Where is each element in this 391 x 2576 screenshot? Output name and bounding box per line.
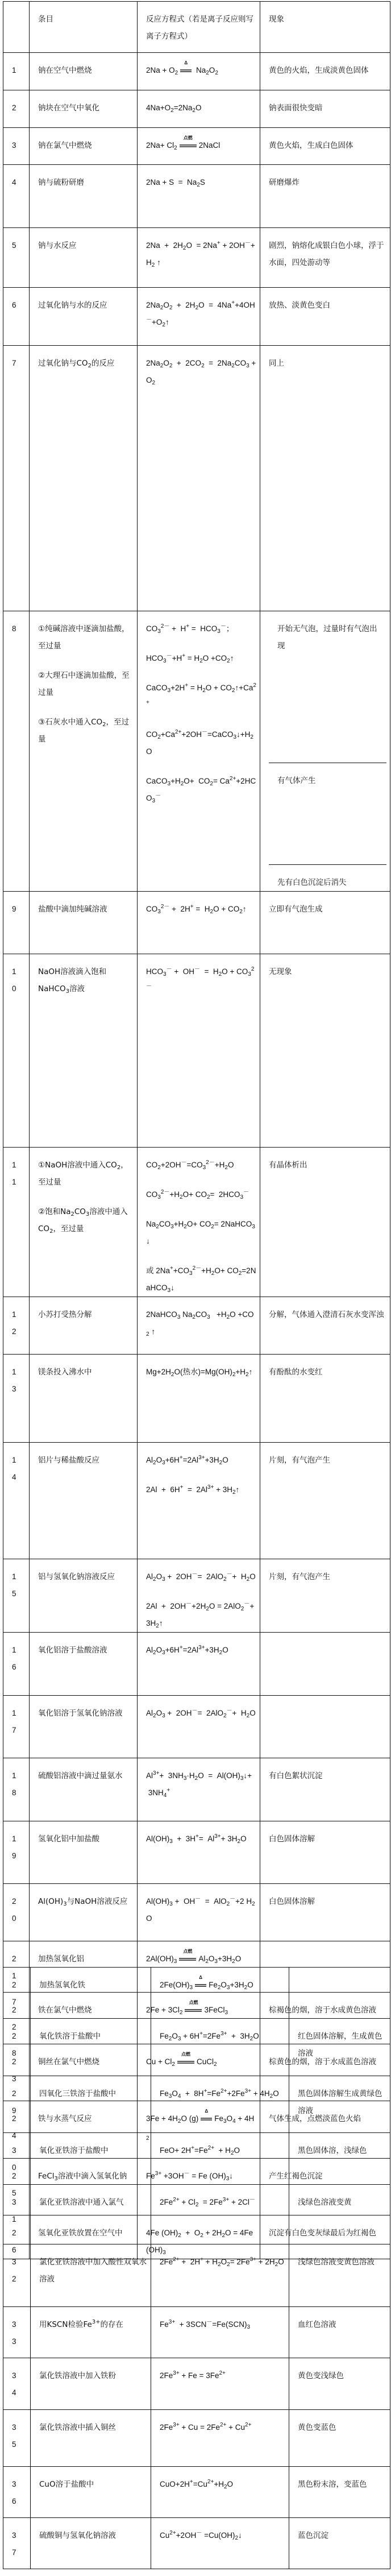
reaction-equation-line: 2Na + S = Na2S [146,174,256,191]
row-number: 30 [3,2133,31,2185]
row-number-text: 11 [12,1148,29,1191]
reaction-item: ①纯碱溶液中逐滴加盐酸，至过量②大理石中逐滴加盐酸，至过量③石灰水中通入CO2，… [30,611,138,892]
reaction-item-line: CuO溶于盐酸中 [39,2476,147,2493]
reaction-item: 过氧化钠与CO2的反应 [30,346,138,611]
reaction-equation: 2Na + S = Na2S [138,165,260,228]
reaction-equation-content: 2NaHCO3 Na2CO3 +H2O +CO2 ↑ [146,1297,256,1340]
reaction-equation: Al2O3 + 2OH－= 2AlO2－+ H2O2Al + 2OH－+2H2O… [138,1559,260,1633]
reaction-item: 氢氧化铝中加盐酸 [30,1821,138,1884]
reaction-equation-line: CuO+2H+=Cu2++H2O [160,2476,285,2493]
reaction-phenomenon: 白色固体溶解 [260,1884,390,1941]
row-number: 7 [3,346,30,611]
reaction-equation: 2Fe2+ + 2H+ + H2O2= 2Fe3+ + 2H2O [151,2244,289,2307]
row-number-text: 37 [12,2518,30,2561]
row-number-text: 30 [12,2133,30,2176]
reaction-phenomenon: 片刻，有气泡产生 [260,1559,390,1633]
reaction-phenomenon: 钠表面很快变暗 [260,90,390,128]
reaction-item-content: 氧化亚铁溶于盐酸中 [39,2133,147,2159]
reaction-phenomenon-text: 片刻，有气泡产生 [269,1559,386,1585]
row-number: 14 [3,1443,30,1559]
reaction-item: 钠块在空气中氧化 [30,90,138,128]
reaction-phenomenon [289,1968,390,2019]
row-number: 20 [3,1884,30,1941]
reaction-phenomenon-text [269,1633,386,1642]
reaction-phenomenon-text [269,1941,386,1950]
row-number-text: 34 [12,2358,30,2401]
reaction-equation-line: CO32－ + H+ = HCO3－； [146,620,256,637]
reaction-item-content: 钠与水反应 [38,228,134,254]
reaction-phenomenon: 黄色变蓝色 [289,2410,390,2467]
reaction-item: 氧化铝溶于盐酸溶液 [30,1633,138,1696]
reaction-item-line: 钠与水反应 [38,237,134,254]
reaction-row: 19氢氧化铝中加盐酸Al(OH)3 + 3H+= Al3++ 3H2O白色固体溶… [3,1821,390,1884]
reaction-equation: Al2O3+6H+=2Al3++3H2O [138,1633,260,1696]
reaction-phenomenon: 有酚酞的水变红 [260,1355,390,1443]
reaction-equation: CO2+2OH－=CO32－+H2OCO32－+H2O+ CO2= 2HCO3－… [138,1148,260,1297]
reaction-item-content: 盐酸中滴加纯碱溶液 [38,892,134,918]
reaction-item-content: 氯化亚铁溶液中通入氯气 [39,2185,147,2211]
reaction-equation-line: 2Al(OH)3点燃Al2O3+3H2O [146,1950,256,1968]
reaction-item-content: 硫酸铝溶液中滴过量氨水 [38,1758,134,1784]
reaction-item-content: Al(OH)3与NaOH溶液反应 [38,1884,134,1910]
header-item: 条目 [30,2,138,53]
reaction-row: 1钠在空气中燃烧2Na + O2Δ Na2O2黄色的火焰，生成淡黄色固体 [3,53,390,90]
reaction-item-content: 加热氢氧化铝 [38,1941,134,1968]
reaction-row: 12小苏打受热分解2NaHCO3 Na2CO3 +H2O +CO2 ↑分解，气体… [3,1297,390,1355]
row-number: 31 [3,2185,31,2244]
row-number: 6 [3,288,30,346]
reaction-item-line: NaOH溶液滴入饱和NaHCO3溶液 [38,963,134,997]
reaction-item: 氯化铁溶液中插入铜丝 [31,2410,151,2467]
reaction-item-content: 钠块在空气中氧化 [38,90,134,117]
reaction-phenomenon-text: 无现象 [269,954,386,980]
reaction-phenomenon-text: 黑色固体溶解生成黄绿色溶液 [298,2076,386,2119]
reaction-equation: 2Fe2+ + Cl2 = 2Fe3+ + 2Cl－ [151,2185,289,2244]
reaction-item-content: 铝与氢氧化钠溶液反应 [38,1559,134,1585]
reaction-row: 2钠块在空气中氧化4Na+O2=2Na2O钠表面很快变暗 [3,90,390,128]
reaction-equation-line: CO32－+H2O+ CO2= 2HCO3－ [146,1186,256,1203]
reactions-table-1: 条目 反应方程式（若是离子反应则写离子方程式） 现象 1钠在空气中燃烧2Na +… [3,1,390,2259]
reaction-phenomenon-text: 立即有气泡生成 [269,892,386,918]
row-number-text: 1 [12,53,29,79]
reaction-equation-content: 2Na + O2Δ Na2O2 [146,53,256,79]
reaction-item-line: 氧化亚铁溶于盐酸中 [39,2142,147,2159]
reaction-phenomenon: 浅绿色溶液变黄色溶液 [289,2244,390,2307]
reaction-phenomenon-text: 有酚酞的水变红 [269,1355,386,1381]
row-number-text: 2 [12,90,29,117]
reaction-equation-content: FeO+ 2H+=Fe2+ + H2O [160,2133,285,2159]
reaction-phenomenon: 开始无气泡，过量时有气泡出现有气体产生先有白色沉淀后消失 [260,611,390,892]
reaction-equation-line: 2Na2O2 + 2CO2 = 2Na2CO3 + O2 [146,355,256,389]
reaction-equation-content: 2Fe(OH)3ΔFe2O3+3H2O [160,1968,285,1994]
reaction-item-line: 氯化铁溶液中插入铜丝 [39,2419,147,2436]
reaction-phenomenon: 剧烈，钠熔化成银白色小球，浮于水面，四处游动等 [260,228,390,288]
reaction-phenomenon: 同上 [260,346,390,611]
reaction-row: 8①纯碱溶液中逐滴加盐酸，至过量②大理石中逐滴加盐酸，至过量③石灰水中通入CO2… [3,611,390,892]
reaction-item: 小苏打受热分解 [30,1297,138,1355]
reaction-phenomenon-text: 有白色絮状沉淀 [269,1758,386,1784]
reaction-row: 34氯化铁溶液中加入铁粉2Fe3+ + Fe = 3Fe2+黄色变浅绿色 [3,2358,390,2410]
reaction-phenomenon: 片刻，有气泡产生 [260,1443,390,1559]
reaction-equation-content: 4Na+O2=2Na2O [146,90,256,117]
row-number: 3 [3,128,30,165]
row-number-text: 35 [12,2410,30,2453]
reaction-phenomenon: 无现象 [260,954,390,1148]
reaction-row: 7过氧化钠与CO2的反应2Na2O2 + 2CO2 = 2Na2CO3 + O2… [3,346,390,611]
reaction-equation-content: 2Na+ Cl2点燃2NaCl [146,128,256,154]
reaction-equation-content: 2Fe3+ + Cu = 2Fe2+ + Cu2+ [160,2410,285,2436]
reaction-item-line: ①纯碱溶液中逐滴加盐酸，至过量 [38,620,134,655]
reaction-equation-line: Cu2++2OH－ =Cu(OH)2↓ [160,2527,285,2544]
row-number-text: 16 [12,1633,29,1676]
reaction-row: 6过氧化钠与水的反应2Na2O2 + 2H2O = 4Na++4OH－+O2↑放… [3,288,390,346]
reaction-phenomenon-text: 浅绿色溶液变黄 [298,2185,386,2211]
reaction-item-content: 硫酸铜与氢氧化钠溶液 [39,2518,147,2544]
reaction-row: 33用KSCN检验Fe3+的存在Fe3+ + 3SCN－=Fe(SCN)3血红色… [3,2307,390,2358]
reaction-phenomenon-text: 黄色火焰，生成白色固体 [269,128,386,154]
reaction-equation-content: 2Al(OH)3点燃Al2O3+3H2O [146,1941,256,1968]
reaction-row: 13镁条投入沸水中Mg+2H2O(热水)=Mg(OH)2+H2↑有酚酞的水变红 [3,1355,390,1443]
reaction-phenomenon-text: 浅绿色溶液变黄色溶液 [298,2244,386,2271]
reaction-item-content: 加热氢氧化铁 [39,1968,147,1994]
reaction-phenomenon: 黄色火焰，生成白色固体 [260,128,390,165]
reaction-item-content: 钠在空气中燃烧 [38,53,134,79]
reaction-equation: Cu2++2OH－ =Cu(OH)2↓ [151,2518,289,2569]
reaction-item-line: ②饱和Na2CO3溶液中通入CO2，至过量 [38,1203,134,1237]
row-number: 34 [3,2358,31,2410]
reaction-equation-line: Fe3O4 + 8H+=Fe2++2Fe3+ + 4H2O [160,2085,285,2102]
reaction-phenomenon-text: 黄色的火焰，生成淡黄色固体 [269,53,386,79]
reaction-equation-line: HCO3－ + OH－ = H2O + CO32－ [146,963,256,997]
row-number: 15 [3,1559,30,1633]
reaction-phenomenon: 蓝色沉淀 [289,2518,390,2569]
reaction-equation: Al2O3+6H+=2Al3++3H2O2Al + 6H+ = 2Al3+ + … [138,1443,260,1559]
reaction-equation-line: Fe2O3 + 6H+=2Fe3+ + 3H2O [160,2028,285,2045]
reaction-equation-content: Al2O3 + 2OH－= 2AlO2－+ H2O2Al + 2OH－+2H2O… [146,1559,256,1632]
reaction-item: 加热氢氧化铁 [31,1968,151,2019]
reaction-equation: CuO+2H+=Cu2++H2O [151,2467,289,2518]
row-number-text: 13 [12,1355,29,1398]
reaction-item: ①NaOH溶液中通入CO2，至过量②饱和Na2CO3溶液中通入CO2，至过量 [30,1148,138,1297]
row-number: 36 [3,2467,31,2518]
reaction-equation-line: Al2O3+6H+=2Al3++3H2O [146,1642,256,1659]
reaction-phenomenon: 白色固体溶解 [260,1821,390,1884]
reaction-equation-line: Mg+2H2O(热水)=Mg(OH)2+H2↑ [146,1364,256,1381]
reaction-equation-content: Fe2O3 + 6H+=2Fe3+ + 3H2O [160,2019,285,2045]
reaction-equation-line: FeO+ 2H+=Fe2+ + H2O [160,2142,285,2159]
row-number-text: 29 [12,2076,30,2119]
reaction-item-content: 氧化铝溶于氢氧化钠溶液 [38,1696,134,1722]
reaction-equation-line: 2Na+ Cl2点燃2NaCl [146,137,256,154]
reaction-equation-content: 2Na + 2H2O = 2Na+ + 2OH－+H2 ↑ [146,228,256,271]
reaction-phenomenon: 血红色溶液 [289,2307,390,2358]
reaction-equation: Al2O3 + 2OH－= 2AlO2－+ H2O [138,1696,260,1758]
reaction-phenomenon: 红色固体溶解，生成黄色溶液 [289,2019,390,2076]
reaction-row: 27加热氢氧化铁2Fe(OH)3ΔFe2O3+3H2O [3,1968,390,2019]
reaction-row: 29四氧化三铁溶于盐酸中Fe3O4 + 8H+=Fe2++2Fe3+ + 4H2… [3,2076,390,2133]
reaction-phenomenon-text: 分解，气体通入澄清石灰水变浑浊 [269,1297,386,1323]
reaction-row: 35氯化铁溶液中插入铜丝2Fe3+ + Cu = 2Fe2+ + Cu2+黄色变… [3,2410,390,2467]
row-number: 18 [3,1758,30,1821]
row-number: 19 [3,1821,30,1884]
reaction-equation: Mg+2H2O(热水)=Mg(OH)2+H2↑ [138,1355,260,1443]
reaction-phenomenon-text: 放热、淡黄色变白 [269,288,386,314]
reaction-row: 36CuO溶于盐酸中CuO+2H+=Cu2++H2O黑色粉末溶，变蓝色 [3,2467,390,2518]
reaction-equation-line: HCO3－+H+ = H2O +CO2↑ [146,650,256,667]
reaction-equation-line: CaCO3+H2O+ CO2= Ca2++2HCO3－ [146,773,256,807]
reaction-phenomenon-text: 黑色粉末溶，变蓝色 [298,2467,386,2493]
reaction-phenomenon-text: 红色固体溶解，生成黄色溶液 [298,2019,386,2062]
reaction-phenomenon: 浅绿色溶液变黄 [289,2185,390,2244]
reaction-equation-line: Al(OH)3 + OH－ = AlO2－+2 H2O [146,1893,256,1927]
row-number-text: 17 [12,1696,29,1739]
reaction-item-content: 氧化铁溶于盐酸中 [39,2019,147,2045]
phenomenon-part: 先有白色沉淀后消失 [269,865,386,891]
row-number-text: 10 [12,954,29,997]
reaction-item-line: 硫酸铜与氢氧化钠溶液 [39,2527,147,2544]
reaction-equation-content: Mg+2H2O(热水)=Mg(OH)2+H2↑ [146,1355,256,1381]
reaction-equation-content: Cu2++2OH－ =Cu(OH)2↓ [160,2518,285,2544]
reaction-phenomenon: 黄色变浅绿色 [289,2358,390,2410]
reaction-equation-line: Al2O3+6H+=2Al3++3H2O [146,1452,256,1469]
row-number-text: 12 [12,1297,29,1340]
reaction-equation-content: Al2O3+6H+=2Al3++3H2O2Al + 6H+ = 2Al3+ + … [146,1443,256,1498]
reaction-equation-content: Al(OH)3 + OH－ = AlO2－+2 H2O [146,1884,256,1927]
reaction-item: 镁条投入沸水中 [30,1355,138,1443]
reaction-equation-line: Al3++ 3NH3·H2O = Al(OH)3↓+ 3NH4+ [146,1767,256,1801]
reaction-row: 16氧化铝溶于盐酸溶液Al2O3+6H+=2Al3++3H2O [3,1633,390,1696]
reaction-item-line: 氧化铁溶于盐酸中 [39,2028,147,2045]
reaction-row: 30氧化亚铁溶于盐酸中FeO+ 2H+=Fe2+ + H2O黑色固体溶，浅绿色 [3,2133,390,2185]
reaction-equation-line: 2Fe2+ + 2H+ + H2O2= 2Fe3+ + 2H2O [160,2254,285,2271]
reaction-item-content: 小苏打受热分解 [38,1297,134,1323]
row-number-text: 5 [12,228,29,254]
reaction-equation-line: 2Al + 2OH－+2H2O = 2AlO2－+ 3H2↑ [146,1598,256,1632]
row-number-text: 14 [12,1443,29,1486]
row-number: 32 [3,2244,31,2307]
reaction-equation-content: CO2+2OH－=CO32－+H2OCO32－+H2O+ CO2= 2HCO3－… [146,1148,256,1297]
reaction-item-line: 小苏打受热分解 [38,1306,134,1323]
reaction-item-content: 铝片与稀盐酸反应 [38,1443,134,1469]
reaction-equation-line: CaCO3+2H+ = H2O + CO2↑+Ca2+ [146,680,256,714]
reaction-phenomenon: 有白色絮状沉淀 [260,1758,390,1821]
reaction-equation-line: 2Fe2+ + Cl2 = 2Fe3+ + 2Cl－ [160,2194,285,2211]
reaction-equation-content: CO32－ + 2H+ = H2O + CO2↑ [146,892,256,918]
reaction-item: 用KSCN检验Fe3+的存在 [31,2307,151,2358]
reaction-row: 9盐酸中滴加纯碱溶液CO32－ + 2H+ = H2O + CO2↑立即有气泡生… [3,892,390,954]
reactions-table-2: 27加热氢氧化铁2Fe(OH)3ΔFe2O3+3H2O28氧化铁溶于盐酸中Fe2… [3,1967,390,2569]
row-number-text: 8 [12,611,29,637]
reaction-item: 氯化亚铁溶液中通入氯气 [31,2185,151,2244]
reaction-equation-content: Fe3+ + 3SCN－=Fe(SCN)3 [160,2307,285,2333]
row-number-text: 7 [12,346,29,372]
reaction-item: 氧化铁溶于盐酸中 [31,2019,151,2076]
reaction-equation-line: 2NaHCO3 Na2CO3 +H2O +CO2 ↑ [146,1306,256,1340]
reaction-item: Al(OH)3与NaOH溶液反应 [30,1884,138,1941]
reaction-item: 氯化铁溶液中加入铁粉 [31,2358,151,2410]
reaction-equation-line: CO2+Ca2++2OH－=CaCO3↓+H2O [146,726,256,760]
reaction-phenomenon-text: 片刻，有气泡产生 [269,1443,386,1469]
reaction-item-line: 四氧化三铁溶于盐酸中 [39,2085,147,2102]
row-number: 5 [3,228,30,288]
reaction-equation-line: 2Na + O2Δ Na2O2 [146,62,256,79]
reaction-item: 铝与氢氧化钠溶液反应 [30,1559,138,1633]
row-number-text: 15 [12,1559,29,1602]
reaction-phenomenon-text: 血红色溶液 [298,2307,386,2333]
reaction-item: 铝片与稀盐酸反应 [30,1443,138,1559]
reaction-equation-line: 2Fe(OH)3ΔFe2O3+3H2O [160,1977,285,1994]
reaction-item-content: 钠与硫粉研磨 [38,165,134,191]
reaction-item-content: NaOH溶液滴入饱和NaHCO3溶液 [38,954,134,997]
reaction-item-line: ②大理石中逐滴加盐酸，至过量 [38,667,134,701]
reaction-equation-line: Al(OH)3 + 3H+= Al3++ 3H2O [146,1830,256,1848]
row-number-text: 20 [12,1884,29,1927]
reaction-equation: 2NaHCO3 Na2CO3 +H2O +CO2 ↑ [138,1297,260,1355]
reaction-phenomenon-text: 有晶体析出 [269,1148,386,1174]
reaction-item: NaOH溶液滴入饱和NaHCO3溶液 [30,954,138,1148]
row-number: 27 [3,1968,31,2019]
reaction-equation: 4Na+O2=2Na2O [138,90,260,128]
reaction-phenomenon-text: 剧烈，钠熔化成银白色小球，浮于水面，四处游动等 [269,228,386,271]
reaction-row: 18硫酸铝溶液中滴过量氨水Al3++ 3NH3·H2O = Al(OH)3↓+ … [3,1758,390,1821]
reaction-phenomenon-text: 白色固体溶解 [269,1821,386,1848]
reaction-equation-content: Al2O3 + 2OH－= 2AlO2－+ H2O [146,1696,256,1722]
reaction-row: 10NaOH溶液滴入饱和NaHCO3溶液HCO3－ + OH－ = H2O + … [3,954,390,1148]
header-phenomenon: 现象 [260,2,390,53]
row-number-text: 19 [12,1821,29,1865]
reaction-equation: 2Na+ Cl2点燃2NaCl [138,128,260,165]
reaction-item: 硫酸铝溶液中滴过量氨水 [30,1758,138,1821]
reaction-equation-line: Na2CO3+H2O+ CO2= 2NaHCO3↓ [146,1216,256,1250]
reaction-item-line: 氧化铝溶于盐酸溶液 [38,1642,134,1659]
reaction-equation-content: Fe3O4 + 8H+=Fe2++2Fe3+ + 4H2O [160,2076,285,2102]
reaction-item-line: 过氧化钠与CO2的反应 [38,355,134,372]
row-number: 16 [3,1633,30,1696]
reaction-equation-line: 4Na+O2=2Na2O [146,100,256,117]
reaction-phenomenon-text: 黄色变浅绿色 [298,2358,386,2384]
reaction-equation: 2Fe3+ + Fe = 3Fe2+ [151,2358,289,2410]
reaction-row: 4钠与硫粉研磨2Na + S = Na2S研磨爆炸 [3,165,390,228]
reaction-item-line: 钠在空气中燃烧 [38,62,134,79]
reaction-equation-content: HCO3－ + OH－ = H2O + CO32－ [146,954,256,997]
reaction-phenomenon [260,1696,390,1758]
reaction-row: 17氧化铝溶于氢氧化钠溶液Al2O3 + 2OH－= 2AlO2－+ H2O [3,1696,390,1758]
reaction-phenomenon [260,1633,390,1696]
reaction-item-line: ①NaOH溶液中通入CO2，至过量 [38,1157,134,1191]
reaction-phenomenon-text: 蓝色沉淀 [298,2518,386,2544]
reaction-item-line: 钠与硫粉研磨 [38,174,134,191]
reaction-row: 11①NaOH溶液中通入CO2，至过量②饱和Na2CO3溶液中通入CO2，至过量… [3,1148,390,1297]
row-number: 35 [3,2410,31,2467]
row-number: 10 [3,954,30,1148]
reaction-row: 20Al(OH)3与NaOH溶液反应Al(OH)3 + OH－ = AlO2－+… [3,1884,390,1941]
row-number-text: 32 [12,2244,30,2288]
reaction-equation-line: Fe3+ + 3SCN－=Fe(SCN)3 [160,2316,285,2333]
reaction-item-content: 氯化铁溶液中插入铜丝 [39,2410,147,2436]
reaction-item-content: ①纯碱溶液中逐滴加盐酸，至过量②大理石中逐滴加盐酸，至过量③石灰水中通入CO2，… [38,611,134,748]
reaction-row: 28氧化铁溶于盐酸中Fe2O3 + 6H+=2Fe3+ + 3H2O红色固体溶解… [3,2019,390,2076]
reaction-item-content: 氧化铝溶于盐酸溶液 [38,1633,134,1659]
reaction-equation-content: Al2O3+6H+=2Al3++3H2O [146,1633,256,1659]
reaction-equation: Fe3+ + 3SCN－=Fe(SCN)3 [151,2307,289,2358]
reaction-row: 32氯化亚铁溶液中加入酸性双氧水溶液2Fe2+ + 2H+ + H2O2= 2F… [3,2244,390,2307]
reaction-item-content: 四氧化三铁溶于盐酸中 [39,2076,147,2102]
reaction-equation: Fe2O3 + 6H+=2Fe3+ + 3H2O [151,2019,289,2076]
reaction-equation: CO32－ + 2H+ = H2O + CO2↑ [138,892,260,954]
row-number-text: 27 [12,1968,30,2011]
row-number-text: 28 [12,2019,30,2062]
reaction-item-content: 氯化亚铁溶液中加入酸性双氧水溶液 [39,2244,147,2288]
reaction-item: 氯化亚铁溶液中加入酸性双氧水溶液 [31,2244,151,2307]
reaction-phenomenon-text: 钠表面很快变暗 [269,90,386,117]
reaction-equation-content: 2Fe2+ + Cl2 = 2Fe3+ + 2Cl－ [160,2185,285,2211]
reaction-equation: 2Fe3+ + Cu = 2Fe2+ + Cu2+ [151,2410,289,2467]
row-number: 37 [3,2518,31,2569]
reaction-item-content: 过氧化钠与水的反应 [38,288,134,314]
reaction-equation: 2Fe(OH)3ΔFe2O3+3H2O [151,1968,289,2019]
reaction-item-content: 用KSCN检验Fe3+的存在 [39,2307,147,2333]
reaction-item-content: 过氧化钠与CO2的反应 [38,346,134,372]
reaction-item: 钠与硫粉研磨 [30,165,138,228]
reaction-equation: 2Na2O2 + 2CO2 = 2Na2CO3 + O2 [138,346,260,611]
reaction-equation-content: 2Fe3+ + Fe = 3Fe2+ [160,2358,285,2384]
reaction-equation-content: CO32－ + H+ = HCO3－；HCO3－+H+ = H2O +CO2↑C… [146,611,256,807]
reaction-item-line: 用KSCN检验Fe3+的存在 [39,2316,147,2333]
reaction-equation: 2Na + O2Δ Na2O2 [138,53,260,90]
reaction-item: 四氧化三铁溶于盐酸中 [31,2076,151,2133]
header-equation: 反应方程式（若是离子反应则写离子方程式） [138,2,260,53]
reaction-phenomenon-text [298,1968,386,1977]
row-number-text: 36 [12,2467,30,2510]
reaction-equation: Al(OH)3 + OH－ = AlO2－+2 H2O [138,1884,260,1941]
reaction-item-content: 氢氧化铝中加盐酸 [38,1821,134,1848]
row-number: 2 [3,90,30,128]
row-number: 17 [3,1696,30,1758]
phenomenon-part: 有气体产生 [269,763,386,865]
reaction-item: 盐酸中滴加纯碱溶液 [30,892,138,954]
reaction-item: 钠在氯气中燃烧 [30,128,138,165]
reaction-equation-line: 2Fe3+ + Fe = 3Fe2+ [160,2367,285,2384]
reaction-item-line: 硫酸铝溶液中滴过量氨水 [38,1767,134,1784]
reaction-equation-content: Al(OH)3 + 3H+= Al3++ 3H2O [146,1821,256,1848]
row-number-text: 33 [12,2307,30,2350]
reaction-equation: HCO3－ + OH－ = H2O + CO32－ [138,954,260,1148]
reaction-phenomenon-text: 黑色固体溶，浅绿色 [298,2133,386,2159]
reaction-item-content: 镁条投入沸水中 [38,1355,134,1381]
reaction-item: 钠在空气中燃烧 [30,53,138,90]
reaction-phenomenon: 研磨爆炸 [260,165,390,228]
row-number-text: 3 [12,128,29,154]
reaction-item: 硫酸铜与氢氧化钠溶液 [31,2518,151,2569]
row-number: 9 [3,892,30,954]
row-number-text: 6 [12,288,29,314]
reaction-equation: 2Na2O2 + 2H2O = 4Na++4OH－+O2↑ [138,288,260,346]
row-number-text: 18 [12,1758,29,1801]
reaction-item: 氧化铝溶于氢氧化钠溶液 [30,1696,138,1758]
reaction-item-line: 氢氧化铝中加盐酸 [38,1830,134,1848]
reaction-row: 37硫酸铜与氢氧化钠溶液Cu2++2OH－ =Cu(OH)2↓蓝色沉淀 [3,2518,390,2569]
reaction-phenomenon: 放热、淡黄色变白 [260,288,390,346]
reaction-phenomenon: 有晶体析出 [260,1148,390,1297]
reaction-item-content: 钠在氯气中燃烧 [38,128,134,154]
reaction-equation: Al(OH)3 + 3H+= Al3++ 3H2O [138,1821,260,1884]
reaction-phenomenon-text: 黄色变蓝色 [298,2410,386,2436]
row-number: 12 [3,1297,30,1355]
reaction-equation-content: Al3++ 3NH3·H2O = Al(OH)3↓+ 3NH4+ [146,1758,256,1801]
reaction-equation-line: 2Na + 2H2O = 2Na+ + 2OH－+H2 ↑ [146,237,256,271]
reaction-item-line: 盐酸中滴加纯碱溶液 [38,901,134,918]
reaction-equation: CO32－ + H+ = HCO3－；HCO3－+H+ = H2O +CO2↑C… [138,611,260,892]
